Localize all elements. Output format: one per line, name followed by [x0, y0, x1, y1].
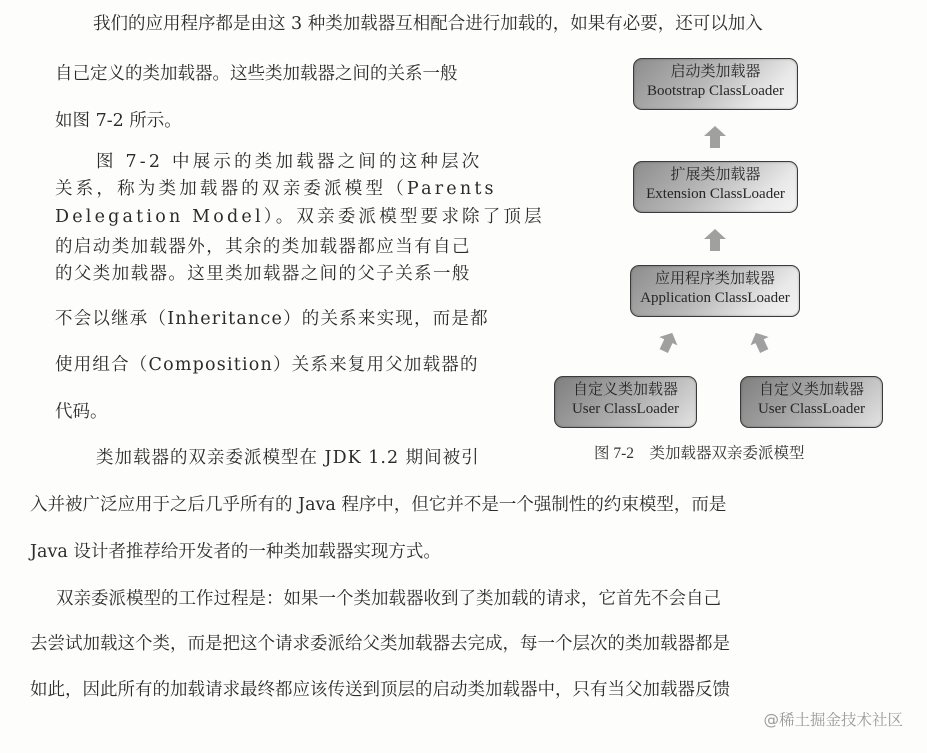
- paragraph-4-line-3: 如此，因此所有的加载请求最终都应该传送到顶层的启动类加载器中，只有当父加载器反馈: [30, 678, 730, 702]
- paragraph-2-line-1: 图 7-2 中展示的类加载器之间的这种层次: [96, 150, 483, 174]
- watermark: @稀土掘金技术社区: [763, 708, 903, 730]
- paragraph-2-line-8: 代码。: [55, 400, 108, 424]
- bootstrap-classloader-box: 启动类加载器 Bootstrap ClassLoader: [633, 58, 798, 110]
- paragraph-3-line-3: Java 设计者推荐给开发者的一种类加载器实现方式。: [30, 540, 441, 564]
- paragraph-2-line-5: 的父类加载器。这里类加载器之间的父子关系一般: [55, 262, 471, 286]
- paragraph-1-line-3: 如图 7-2 所示。: [55, 109, 182, 133]
- paragraph-4-line-2: 去尝试加载这个类，而是把这个请求委派给父类加载器去完成，每一个层次的类加载器都是: [30, 632, 730, 656]
- bootstrap-en-label: Bootstrap ClassLoader: [634, 82, 797, 101]
- user1-en-label: User ClassLoader: [555, 400, 696, 419]
- application-cn-label: 应用程序类加载器: [631, 266, 799, 289]
- arrow-up-left-icon: [746, 328, 773, 356]
- figure-caption: 图 7-2 类加载器双亲委派模型: [594, 441, 805, 463]
- extension-cn-label: 扩展类加载器: [634, 162, 797, 185]
- arrow-up-icon: [704, 229, 726, 251]
- paragraph-1-line-1: 我们的应用程序都是由这 3 种类加载器互相配合进行加载的，如果有必要，还可以加入: [93, 12, 763, 36]
- extension-classloader-box: 扩展类加载器 Extension ClassLoader: [633, 161, 798, 213]
- application-classloader-box: 应用程序类加载器 Application ClassLoader: [630, 265, 800, 317]
- paragraph-2-line-2: 关系，称为类加载器的双亲委派模型（Parents: [55, 177, 497, 201]
- paragraph-3-line-2: 入并被广泛应用于之后几乎所有的 Java 程序中，但它并不是一个强制性的约束模型…: [30, 493, 726, 517]
- user-classloader-box-2: 自定义类加载器 User ClassLoader: [740, 376, 883, 428]
- paragraph-3-line-1: 类加载器的双亲委派模型在 JDK 1.2 期间被引: [96, 446, 480, 470]
- paragraph-2-line-3: Delegation Model）。双亲委派模型要求除了顶层: [55, 205, 545, 229]
- user2-cn-label: 自定义类加载器: [741, 377, 882, 400]
- paragraph-1-line-2: 自己定义的类加载器。这些类加载器之间的关系一般: [55, 62, 458, 86]
- bootstrap-cn-label: 启动类加载器: [634, 59, 797, 82]
- paragraph-2-line-4: 的启动类加载器外，其余的类加载器都应当有自己: [55, 235, 471, 259]
- figure-class-loader-delegation: 启动类加载器 Bootstrap ClassLoader 扩展类加载器 Exte…: [540, 40, 927, 470]
- user2-en-label: User ClassLoader: [741, 400, 882, 419]
- paragraph-4-line-1: 双亲委派模型的工作过程是：如果一个类加载器收到了类加载的请求，它首先不会自己: [56, 587, 721, 611]
- extension-en-label: Extension ClassLoader: [634, 185, 797, 204]
- user1-cn-label: 自定义类加载器: [555, 377, 696, 400]
- paragraph-2-line-7: 使用组合（Composition）关系来复用父加载器的: [55, 353, 479, 377]
- application-en-label: Application ClassLoader: [631, 289, 799, 308]
- arrow-up-icon: [704, 126, 726, 148]
- arrow-up-right-icon: [654, 328, 681, 356]
- user-classloader-box-1: 自定义类加载器 User ClassLoader: [554, 376, 697, 428]
- paragraph-2-line-6: 不会以继承（Inheritance）的关系来实现，而是都: [55, 307, 489, 331]
